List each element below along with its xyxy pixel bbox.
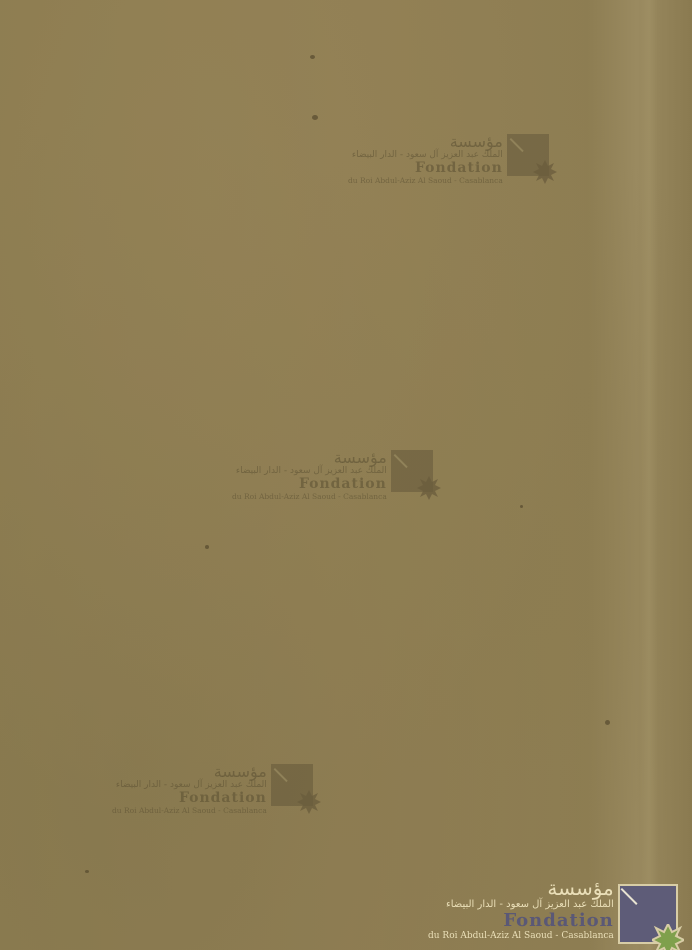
watermark-arabic-title: مؤسسة [348,134,503,150]
watermark-subtitle: du Roi Abdul-Aziz Al Saoud - Casablanca [112,806,267,815]
watermark-arabic-title: مؤسسة [112,764,267,780]
watermark-name: Fondation [232,477,387,492]
watermark-subtitle: du Roi Abdul-Aziz Al Saoud - Casablanca [348,176,503,185]
watermark-bottom-right: مؤسسة الملك عبد العزيز آل سعود - الدار ا… [428,878,680,950]
star-icon [417,476,441,500]
paper-speck [605,720,610,725]
watermark-subtitle: du Roi Abdul-Aziz Al Saoud - Casablanca [428,931,614,942]
foundation-logo-icon [271,764,319,812]
star-icon [297,790,321,814]
paper-speck [310,55,315,59]
watermark-center: مؤسسة الملك عبد العزيز آل سعود - الدار ا… [232,450,439,501]
watermark-arabic-title: مؤسسة [232,450,387,466]
watermark-lower: مؤسسة الملك عبد العزيز آل سعود - الدار ا… [112,764,319,815]
paper-speck [520,505,523,508]
watermark-subtitle: du Roi Abdul-Aziz Al Saoud - Casablanca [232,492,387,501]
foundation-logo-icon [507,134,555,182]
paper-speck [312,115,318,120]
paper-speck [205,545,209,549]
paper-speck [85,870,89,873]
watermark-arabic-title: مؤسسة [428,878,614,898]
watermark-name: Fondation [348,161,503,176]
paper-fold-edge [640,0,658,950]
watermark-upper: مؤسسة الملك عبد العزيز آل سعود - الدار ا… [348,134,555,185]
watermark-name: Fondation [112,791,267,806]
star-icon [652,924,684,950]
foundation-logo-icon [618,884,680,950]
foundation-logo-icon [391,450,439,498]
watermark-name: Fondation [428,911,614,931]
star-icon [533,160,557,184]
